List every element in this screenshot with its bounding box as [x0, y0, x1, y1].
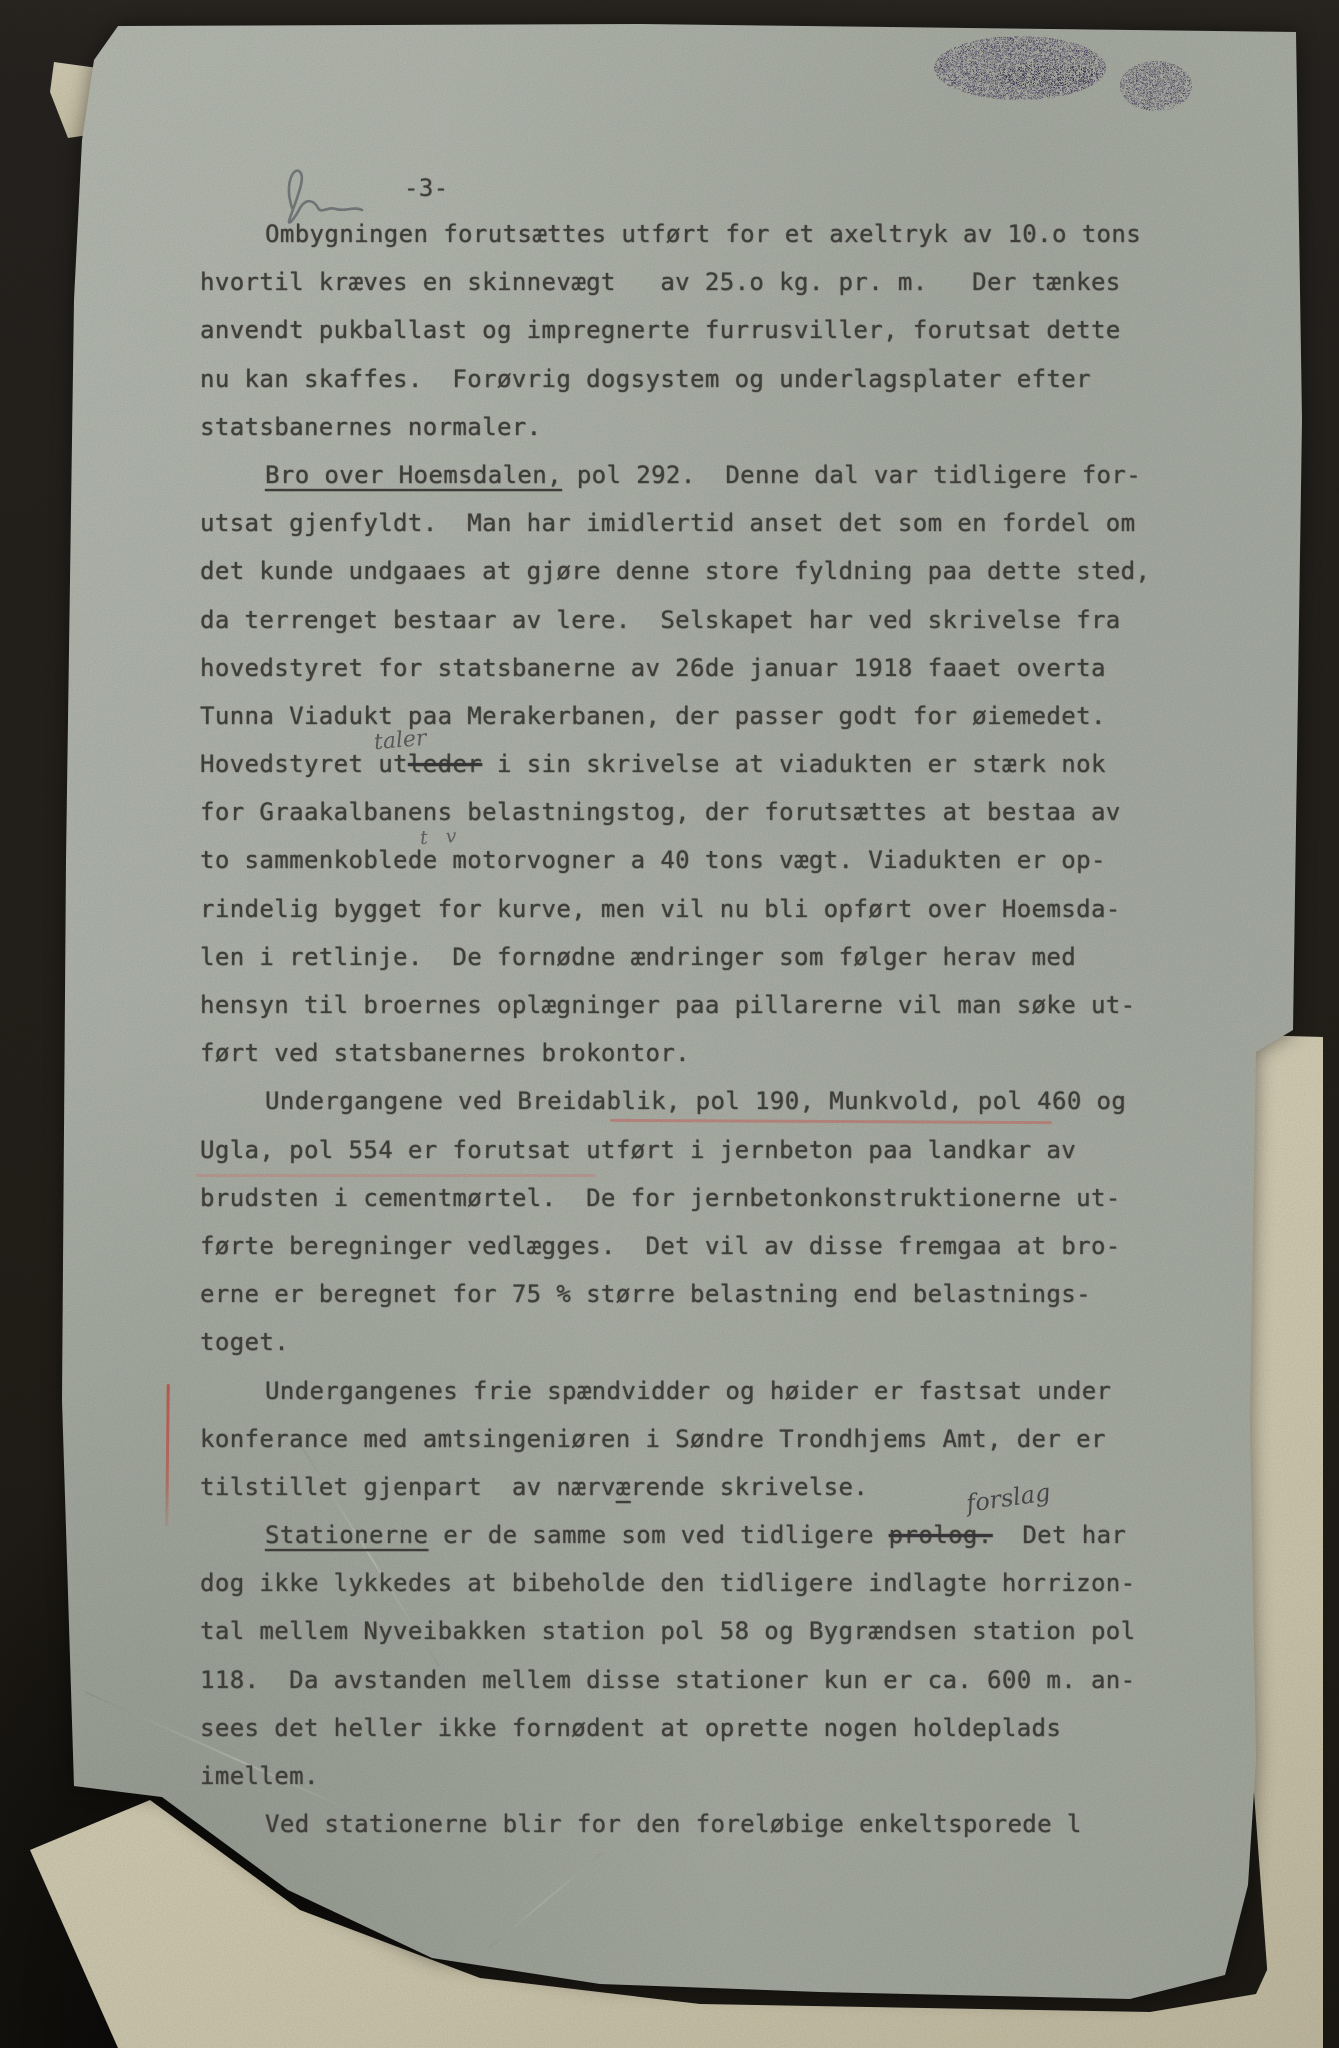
page-number: -3- — [404, 174, 449, 202]
document-line: sees det heller ikke fornødent at oprett… — [200, 1704, 1180, 1752]
document-line: imellem. — [200, 1752, 1180, 1800]
document-line: hovedstyret for statsbanerne av 26de jan… — [200, 644, 1180, 692]
text-segment: da terrenget bestaar av lere. Selskapet … — [200, 606, 1121, 634]
document-line: rindelig bygget for kurve, men vil nu bl… — [200, 885, 1180, 933]
text-segment: Ved stationerne blir for den foreløbige … — [265, 1810, 1082, 1838]
document-line: nu kan skaffes. Forøvrig dogsystem og un… — [200, 355, 1180, 403]
text-segment-strike: leder — [408, 750, 482, 778]
text-segment: for Graakalbanens belastningstog, der fo… — [200, 798, 1121, 826]
text-segment: det kunde undgaaes at gjøre denne store … — [200, 557, 1150, 585]
handwritten-correction-tv: t v — [419, 825, 463, 849]
document-line: Undergangenes frie spændvidder og høider… — [200, 1367, 1180, 1415]
text-segment: konferance med amtsingeniøren i Søndre T… — [200, 1425, 1106, 1453]
document-line: Hovedstyret utleder i sin skrivelse at v… — [200, 740, 1180, 788]
document-line: Ved stationerne blir for den foreløbige … — [200, 1800, 1180, 1848]
red-pencil-underline — [196, 1174, 596, 1177]
document-line: toget. — [200, 1318, 1180, 1366]
text-segment: tal mellem Nyveibakken station pol 58 og… — [200, 1617, 1136, 1645]
document-line: Tunna Viadukt paa Merakerbanen, der pass… — [200, 692, 1180, 740]
text-segment: dog ikke lykkedes at bibeholde den tidli… — [200, 1569, 1136, 1597]
text-segment: rindelig bygget for kurve, men vil nu bl… — [200, 895, 1121, 923]
text-segment: utsat gjenfyldt. Man har imidlertid anse… — [200, 509, 1136, 537]
document-line: da terrenget bestaar av lere. Selskapet … — [200, 596, 1180, 644]
text-segment-u: Bro over Hoemsdalen, — [265, 461, 562, 489]
text-segment: hensyn til broernes oplægninger paa pill… — [200, 991, 1136, 1019]
document-line: Ugla, pol 554 er forutsat utført i jernb… — [200, 1126, 1180, 1174]
text-segment: sees det heller ikke fornødent at oprett… — [200, 1714, 1061, 1742]
document-line: 118. Da avstanden mellem disse stationer… — [200, 1656, 1180, 1704]
text-segment: Undergangene ved Breidablik, pol 190, Mu… — [265, 1087, 1126, 1115]
text-segment: Ugla, pol 554 er forutsat utført i jernb… — [200, 1136, 1076, 1164]
text-segment: hvortil kræves en skinnevægt av 25.o kg.… — [200, 268, 1121, 296]
document-line: utsat gjenfyldt. Man har imidlertid anse… — [200, 499, 1180, 547]
ink-stamp-smudge — [928, 24, 1208, 124]
text-segment: Det har — [993, 1521, 1127, 1549]
text-segment: erne er beregnet for 75 % større belastn… — [200, 1280, 1091, 1308]
document-line: Ombygningen forutsættes utført for et ax… — [200, 210, 1180, 258]
text-segment: hovedstyret for statsbanerne av 26de jan… — [200, 654, 1106, 682]
text-segment: i sin skrivelse at viadukten er stærk no… — [482, 750, 1106, 778]
text-segment: er de samme som ved tidligere — [428, 1521, 888, 1549]
document-line: førte beregninger vedlægges. Det vil av … — [200, 1222, 1180, 1270]
text-segment: anvendt pukballast og impregnerte furrus… — [200, 316, 1121, 344]
document-line: to sammenkoblede motorvogner a 40 tons v… — [200, 836, 1180, 884]
text-segment-u: Stationerne — [265, 1521, 428, 1549]
document-line: for Graakalbanens belastningstog, der fo… — [200, 788, 1180, 836]
text-segment: statsbanernes normaler. — [200, 413, 542, 441]
text-segment: Ombygningen forutsættes utført for et ax… — [265, 220, 1141, 248]
document-line: erne er beregnet for 75 % større belastn… — [200, 1270, 1180, 1318]
text-segment: Tunna Viadukt paa Merakerbanen, der pass… — [200, 702, 1106, 730]
text-segment: 118. Da avstanden mellem disse stationer… — [200, 1666, 1136, 1694]
document-line: brudsten i cementmørtel. De for jernbeto… — [200, 1174, 1180, 1222]
scanned-document-page: -3- Ombygningen forutsættes utført for e… — [0, 0, 1339, 2048]
text-segment: pol 292. Denne dal var tidligere for- — [562, 461, 1141, 489]
text-segment: ført ved statsbanernes brokontor. — [200, 1039, 690, 1067]
text-segment: brudsten i cementmørtel. De for jernbeto… — [200, 1184, 1121, 1212]
document-line: dog ikke lykkedes at bibeholde den tidli… — [200, 1559, 1180, 1607]
document-line: det kunde undgaaes at gjøre denne store … — [200, 547, 1180, 595]
document-line: hvortil kræves en skinnevægt av 25.o kg.… — [200, 258, 1180, 306]
text-segment: nu kan skaffes. Forøvrig dogsystem og un… — [200, 365, 1091, 393]
text-segment: to sammenkoblede motorvogner a 40 tons v… — [200, 846, 1106, 874]
document-line: statsbanernes normaler. — [200, 403, 1180, 451]
text-segment-strike: prolog. — [889, 1521, 993, 1549]
text-segment: tilstillet gjenpart av nærv — [200, 1473, 616, 1501]
text-segment: rende skrivelse. — [631, 1473, 869, 1501]
text-segment: len i retlinje. De fornødne ændringer so… — [200, 943, 1076, 971]
text-segment-u: æ — [616, 1473, 631, 1501]
document-lines: Ombygningen forutsættes utført for et ax… — [200, 210, 1180, 1848]
text-segment: imellem. — [200, 1762, 319, 1790]
document-line: Stationerne er de samme som ved tidliger… — [200, 1511, 1180, 1559]
document-line: hensyn til broernes oplægninger paa pill… — [200, 981, 1180, 1029]
document-line: konferance med amtsingeniøren i Søndre T… — [200, 1415, 1180, 1463]
paper-crease — [487, 1852, 603, 1950]
document-line: Bro over Hoemsdalen, pol 292. Denne dal … — [200, 451, 1180, 499]
text-segment: toget. — [200, 1328, 289, 1356]
document-line: anvendt pukballast og impregnerte furrus… — [200, 306, 1180, 354]
document-line: len i retlinje. De fornødne ændringer so… — [200, 933, 1180, 981]
handwritten-correction-taler: taler — [373, 726, 428, 755]
document-line: ført ved statsbanernes brokontor. — [200, 1029, 1180, 1077]
text-segment: Undergangenes frie spændvidder og høider… — [265, 1377, 1111, 1405]
document-line: tal mellem Nyveibakken station pol 58 og… — [200, 1607, 1180, 1655]
text-segment: førte beregninger vedlægges. Det vil av … — [200, 1232, 1121, 1260]
